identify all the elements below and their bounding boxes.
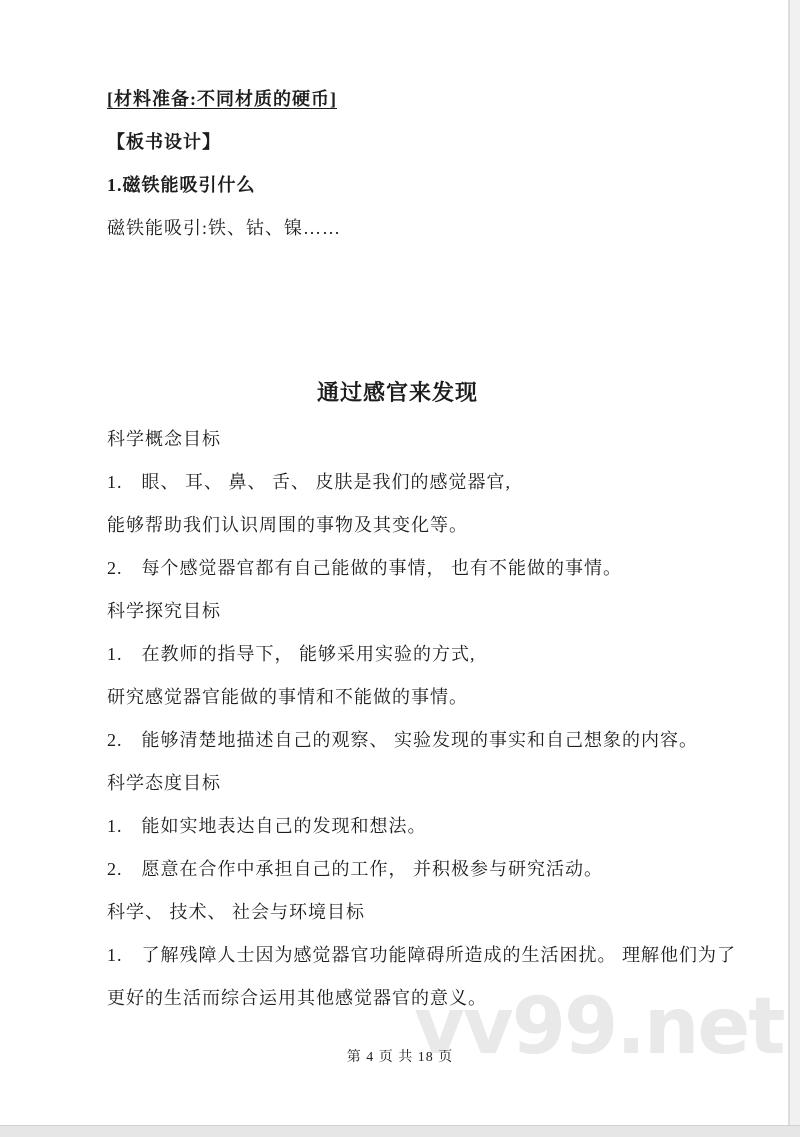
society-goal-item-1-cont: 更好的生活而综合运用其他感觉器官的意义。 — [107, 989, 688, 1008]
inquiry-goal-item-1-cont: 研究感觉器官能做的事情和不能做的事情。 — [107, 688, 688, 707]
society-goal-heading: 科学、 技术、 社会与环境目标 — [107, 903, 688, 922]
document-content: [材料准备:不同材质的硬币]【板书设计】1.磁铁能吸引什么磁铁能吸引:铁、钴、镍… — [0, 0, 800, 1137]
inquiry-goal-item-2: 2. 能够清楚地描述自己的观察、 实验发现的事实和自己想象的内容。 — [107, 731, 688, 750]
concept-goal-item-1: 1. 眼、 耳、 鼻、 舌、 皮肤是我们的感觉器官, — [107, 473, 688, 492]
concept-goal-heading: 科学概念目标 — [107, 430, 688, 449]
board-point-heading: 1.磁铁能吸引什么 — [107, 176, 688, 195]
lesson-title: 通过感官来发现 — [107, 381, 688, 405]
material-prep-heading: [材料准备:不同材质的硬币] — [107, 90, 688, 109]
attitude-goal-item-1: 1. 能如实地表达自己的发现和想法。 — [107, 817, 688, 836]
inquiry-goal-heading: 科学探究目标 — [107, 602, 688, 621]
attitude-goal-item-2: 2. 愿意在合作中承担自己的工作， 并积极参与研究活动。 — [107, 860, 688, 879]
board-design-heading: 【板书设计】 — [107, 133, 688, 152]
concept-goal-item-1-cont: 能够帮助我们认识周围的事物及其变化等。 — [107, 516, 688, 535]
concept-goal-item-2: 2. 每个感觉器官都有自己能做的事情， 也有不能做的事情。 — [107, 559, 688, 578]
document-page: vv99.net [材料准备:不同材质的硬币]【板书设计】1.磁铁能吸引什么磁铁… — [0, 0, 800, 1137]
page-number-footer: 第 4 页 共 18 页 — [0, 1046, 800, 1066]
viewer-bottom-bar — [0, 1125, 800, 1137]
page-edge-strip — [790, 0, 800, 1125]
board-point-body: 磁铁能吸引:铁、钴、镍…… — [107, 219, 688, 238]
inquiry-goal-item-1: 1. 在教师的指导下， 能够采用实验的方式, — [107, 645, 688, 664]
attitude-goal-heading: 科学态度目标 — [107, 774, 688, 793]
society-goal-item-1: 1. 了解残障人士因为感觉器官功能障碍所造成的生活困扰。 理解他们为了 — [107, 946, 688, 965]
